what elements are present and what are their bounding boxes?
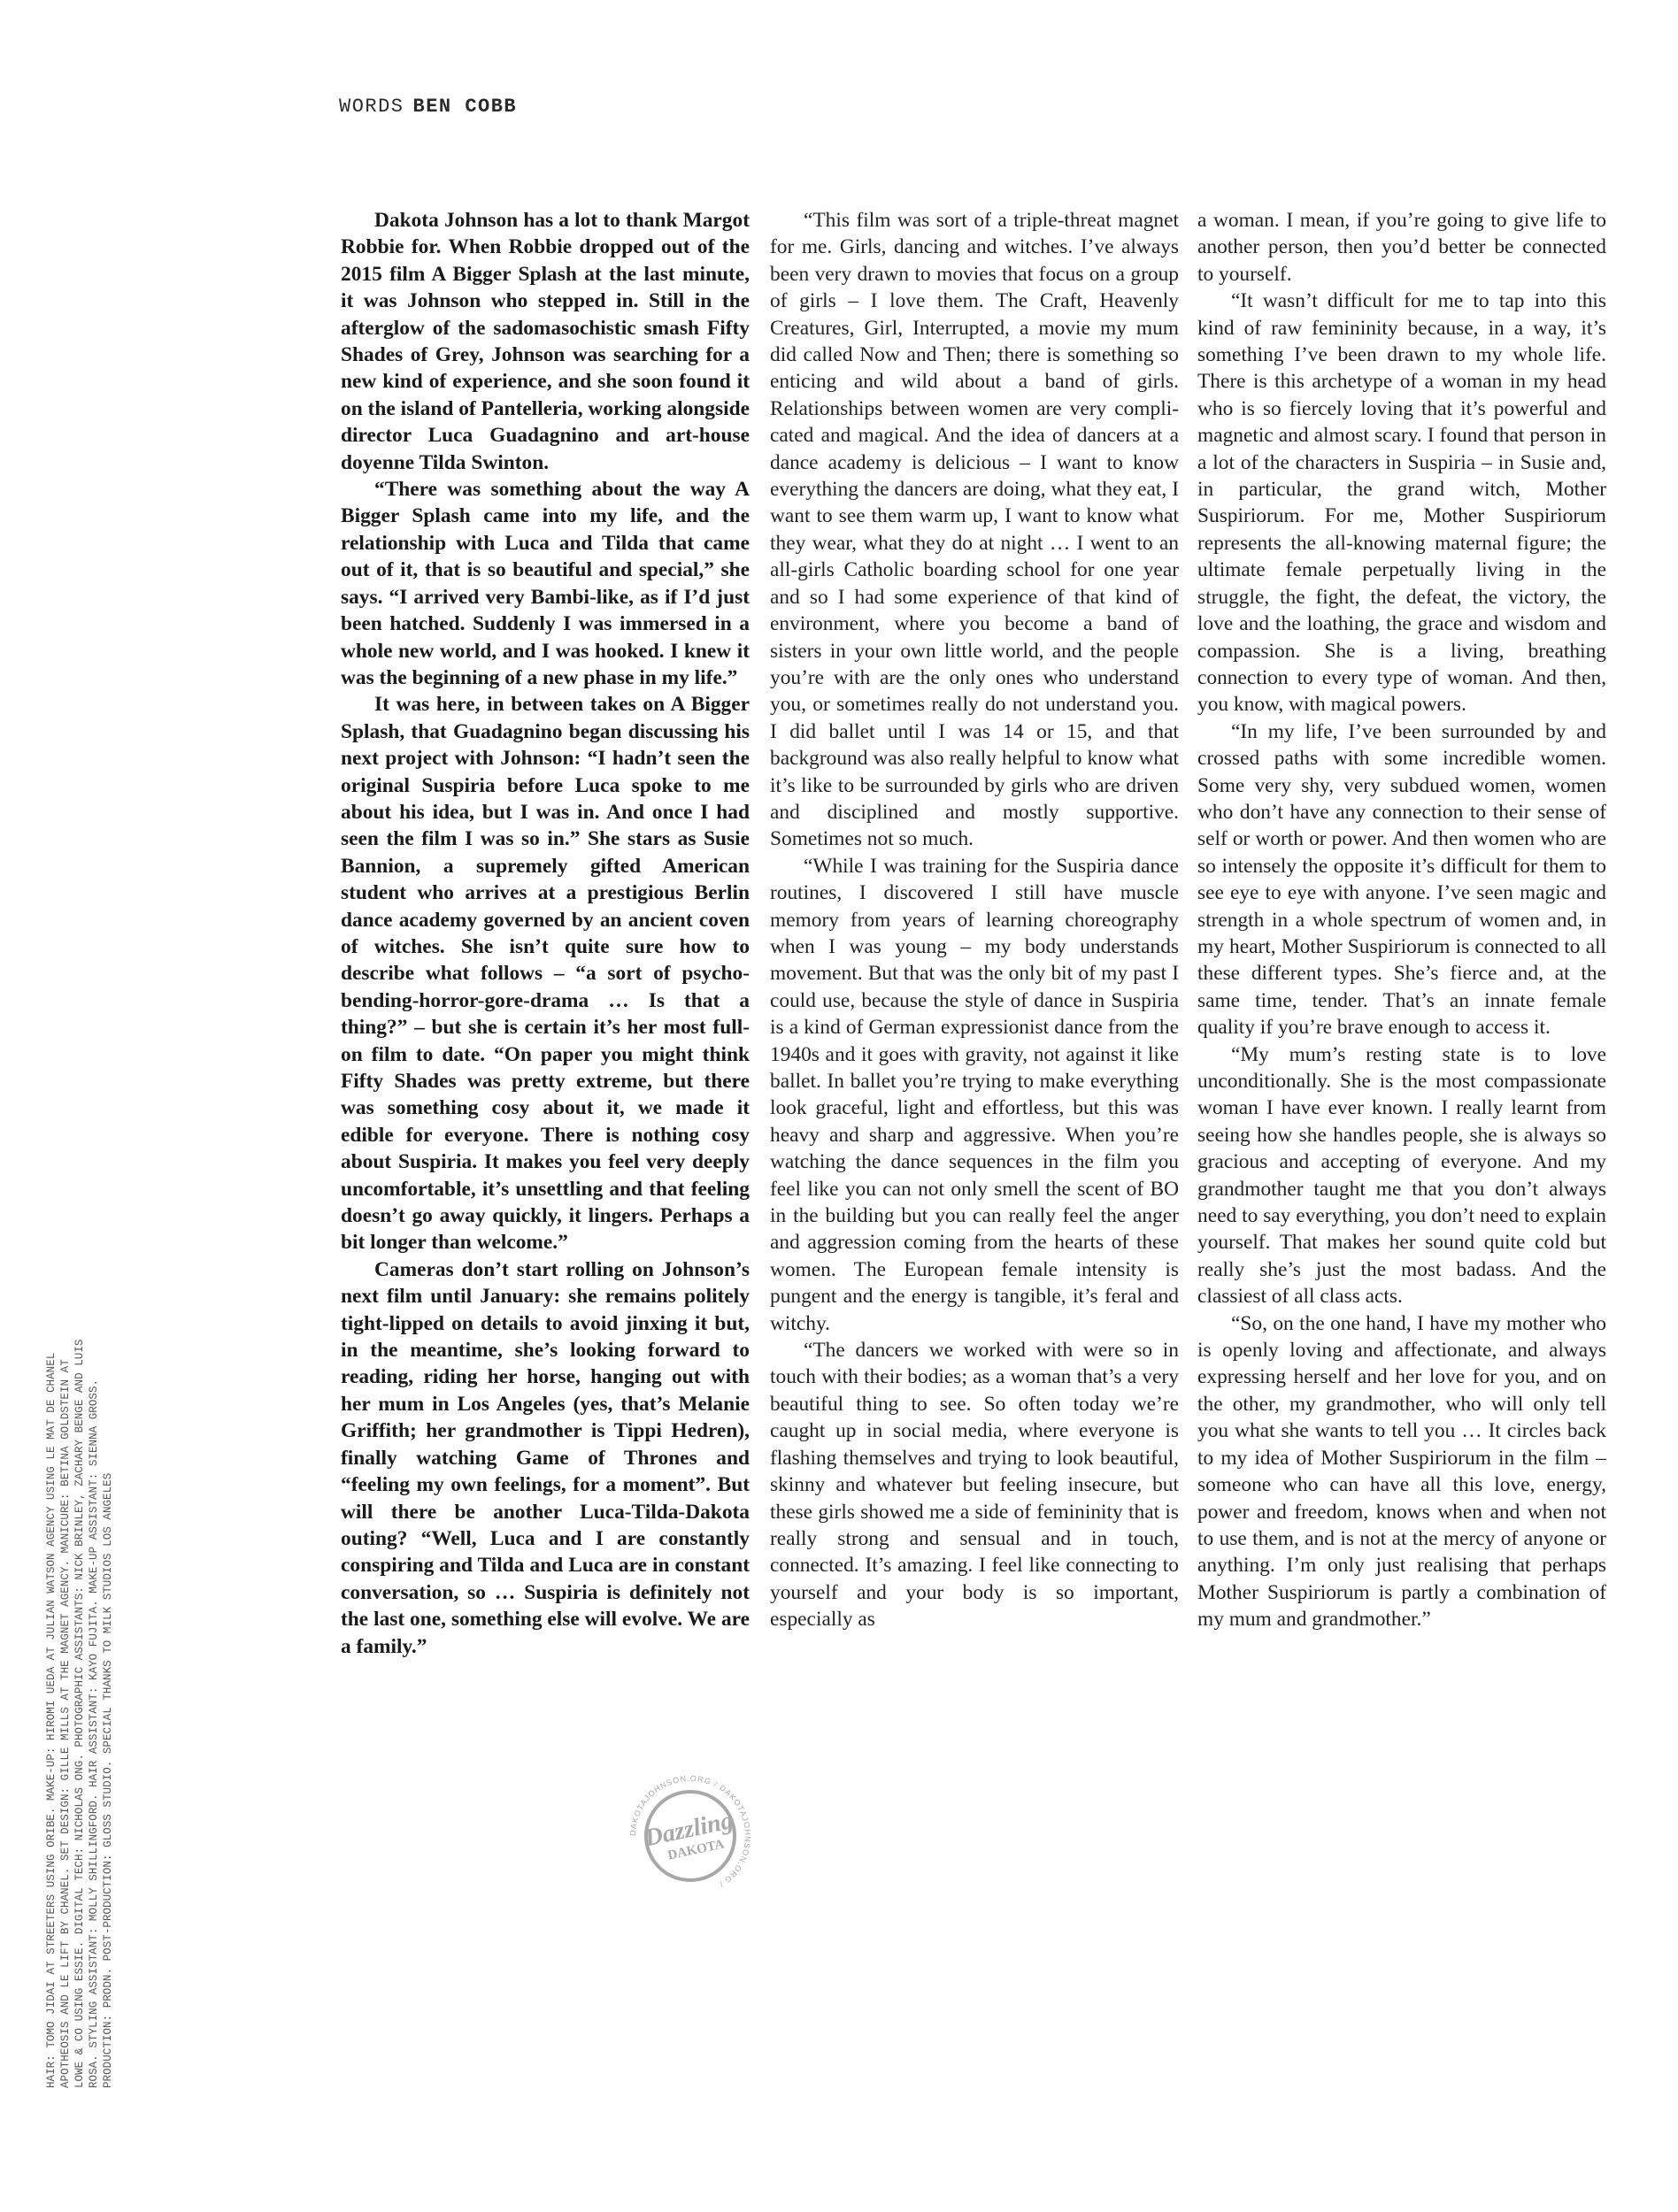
byline-author: BEN COBB xyxy=(413,96,518,118)
watermark-stamp-icon: DAKOTAJOHNSON.ORG / DAKOTAJOHNSON.ORG / … xyxy=(624,1770,757,1902)
credits-line: HAIR: TOMO JIDAI AT STREETERS USING ORIB… xyxy=(44,1115,58,2088)
photo-credits: HAIR: TOMO JIDAI AT STREETERS USING ORIB… xyxy=(44,1115,115,2088)
paragraph: “There was something about the way A Big… xyxy=(341,476,750,691)
paragraph: “My mum’s resting state is to love uncon… xyxy=(1197,1041,1606,1310)
paragraph: “So, on the one hand, I have my mother w… xyxy=(1197,1310,1606,1633)
article-column-3: a woman. I mean, if you’re going to give… xyxy=(1197,207,1606,1633)
paragraph: “It wasn’t difficult for me to tap into … xyxy=(1197,288,1606,718)
paragraph: a woman. I mean, if you’re going to give… xyxy=(1197,207,1606,288)
article-column-2: “This film was sort of a triple-threat m… xyxy=(770,207,1179,1633)
paragraph: “The dancers we worked with were so in t… xyxy=(770,1337,1179,1632)
paragraph: “In my life, I’ve been surrounded by and… xyxy=(1197,718,1606,1041)
watermark-seal-icon: DAKOTAJOHNSON.ORG / DAKOTAJOHNSON.ORG / … xyxy=(624,1770,757,1902)
paragraph: Dakota Johnson has a lot to thank Margot… xyxy=(341,207,750,476)
byline: WORDSBEN COBB xyxy=(339,96,517,118)
paragraph: “While I was training for the Suspiria d… xyxy=(770,853,1179,1337)
credits-line: PRODUCTION: PRODN. POST-PRODUCTION: GLOS… xyxy=(101,1115,115,2088)
credits-line: APOTHEOSIS AND LE LIFT BY CHANEL. SET DE… xyxy=(58,1115,73,2088)
paragraph: It was here, in between takes on A Bigge… xyxy=(341,691,750,1256)
paragraph: Cameras don’t start rolling on Johnson’s… xyxy=(341,1256,750,1660)
article-column-1: Dakota Johnson has a lot to thank Margot… xyxy=(341,207,750,1660)
credits-line: ROSA. STYLING ASSISTANT: MOLLY SHILLINGF… xyxy=(87,1115,101,2088)
credits-line: LOWE & CO USING ESSIE. DIGITAL TECH: NIC… xyxy=(73,1115,87,2088)
paragraph: “This film was sort of a triple-threat m… xyxy=(770,207,1179,853)
byline-label: WORDS xyxy=(339,96,404,118)
